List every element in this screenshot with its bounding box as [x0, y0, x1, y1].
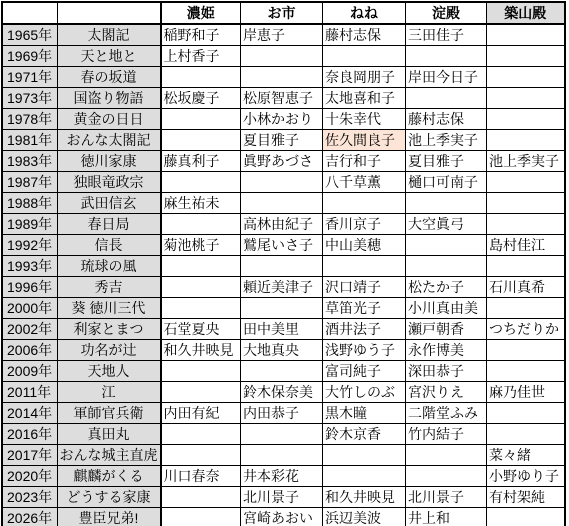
- actress-cell: 沢口靖子: [323, 277, 406, 298]
- actress-cell: [161, 487, 241, 508]
- actress-cell: 鈴木保奈美: [241, 382, 323, 403]
- actress-cell: [323, 193, 406, 214]
- year-cell: 1981年: [2, 130, 57, 151]
- actress-cell: 有村架純: [487, 487, 565, 508]
- table-row: 1992年信長菊池桃子鷲尾いさ子中山美穂島村佳江: [2, 235, 565, 256]
- actress-cell: [487, 130, 565, 151]
- table-row: 1981年おんな太閤記夏目雅子佐久間良子池上季実子: [2, 130, 565, 151]
- actress-cell: [487, 361, 565, 382]
- title-cell: 春日局: [57, 214, 161, 235]
- table-row: 1971年春の坂道奈良岡朋子岸田今日子: [2, 67, 565, 88]
- actress-cell: [406, 88, 487, 109]
- actress-cell: [161, 445, 241, 466]
- actress-cell: 和久井映見: [161, 340, 241, 361]
- actress-cell: 井上和: [406, 508, 487, 526]
- table-row: 2020年麒麟がくる川口春奈井本彩花小野ゆり子: [2, 466, 565, 487]
- table-row: 1988年武田信玄麻生祐未: [2, 193, 565, 214]
- title-cell: 徳川家康: [57, 151, 161, 172]
- actress-cell: 池上季実子: [487, 151, 565, 172]
- actress-cell: 菊池桃子: [161, 235, 241, 256]
- actress-cell: [241, 424, 323, 445]
- actress-cell: [487, 109, 565, 130]
- table-row: 2026年豊臣兄弟!宮崎あおい浜辺美波井上和: [2, 508, 565, 526]
- table-row: 1987年独眼竜政宗八千草薫樋口可南子: [2, 172, 565, 193]
- actress-cell: 瀬戸朝香: [406, 319, 487, 340]
- actress-cell: 永作博美: [406, 340, 487, 361]
- actress-cell: 八千草薫: [323, 172, 406, 193]
- title-cell: おんな城主直虎: [57, 445, 161, 466]
- title-cell: 太閤記: [57, 24, 161, 46]
- actress-cell: [323, 445, 406, 466]
- title-cell: おんな太閤記: [57, 130, 161, 151]
- title-cell: 秀吉: [57, 277, 161, 298]
- actress-cell: [161, 214, 241, 235]
- table-body: 1965年太閤記稲野和子岸恵子藤村志保三田佳子1969年天と地と上村香子1971…: [2, 24, 565, 526]
- year-cell: 1993年: [2, 256, 57, 277]
- actress-cell: [406, 193, 487, 214]
- actress-cell: 川口春奈: [161, 466, 241, 487]
- actress-cell: [241, 172, 323, 193]
- year-cell: 2009年: [2, 361, 57, 382]
- actress-cell: 菜々緒: [487, 445, 565, 466]
- actress-cell: [161, 109, 241, 130]
- year-cell: 1965年: [2, 24, 57, 46]
- actress-cell: 島村佳江: [487, 235, 565, 256]
- actress-cell: 松原智恵子: [241, 88, 323, 109]
- column-header-nohime: 濃姫: [161, 2, 241, 24]
- actress-cell: 浅野ゆう子: [323, 340, 406, 361]
- taiga-actress-table: 濃姫 お市 ねね 淀殿 築山殿 1965年太閤記稲野和子岸恵子藤村志保三田佳子1…: [1, 1, 566, 526]
- actress-cell: [161, 67, 241, 88]
- actress-cell: [161, 130, 241, 151]
- year-cell: 1989年: [2, 214, 57, 235]
- actress-cell: 頼近美津子: [241, 277, 323, 298]
- year-cell: 1988年: [2, 193, 57, 214]
- actress-cell: 草笛光子: [323, 298, 406, 319]
- title-cell: 功名が辻: [57, 340, 161, 361]
- year-cell: 2023年: [2, 487, 57, 508]
- actress-cell: 麻生祐未: [161, 193, 241, 214]
- year-cell: 1969年: [2, 46, 57, 67]
- title-cell: 利家とまつ: [57, 319, 161, 340]
- actress-cell: 内田恭子: [241, 403, 323, 424]
- actress-cell: [241, 193, 323, 214]
- actress-cell: 藤村志保: [323, 24, 406, 46]
- year-cell: 2016年: [2, 424, 57, 445]
- actress-cell: 佐久間良子: [323, 130, 406, 151]
- year-cell: 2026年: [2, 508, 57, 526]
- actress-cell: [406, 46, 487, 67]
- table-row: 1978年黄金の日日小林かおり十朱幸代藤村志保: [2, 109, 565, 130]
- actress-cell: 松たか子: [406, 277, 487, 298]
- table-row: 1973年国盗り物語松坂慶子松原智恵子太地喜和子: [2, 88, 565, 109]
- actress-cell: 宮崎あおい: [241, 508, 323, 526]
- actress-cell: 夏目雅子: [406, 151, 487, 172]
- actress-cell: [487, 403, 565, 424]
- title-cell: 軍師官兵衛: [57, 403, 161, 424]
- actress-cell: 大竹しのぶ: [323, 382, 406, 403]
- actress-cell: 内田有紀: [161, 403, 241, 424]
- actress-cell: [487, 424, 565, 445]
- table-row: 1969年天と地と上村香子: [2, 46, 565, 67]
- year-cell: 2014年: [2, 403, 57, 424]
- table-row: 2006年功名が辻和久井映見大地真央浅野ゆう子永作博美: [2, 340, 565, 361]
- table-row: 2017年おんな城主直虎菜々緒: [2, 445, 565, 466]
- actress-cell: 井本彩花: [241, 466, 323, 487]
- actress-cell: [161, 382, 241, 403]
- year-cell: 1983年: [2, 151, 57, 172]
- actress-cell: [487, 24, 565, 46]
- actress-cell: 大地真央: [241, 340, 323, 361]
- actress-cell: 高林由紀子: [241, 214, 323, 235]
- title-cell: 葵 徳川三代: [57, 298, 161, 319]
- column-header-yodo: 淀殿: [406, 2, 487, 24]
- actress-cell: [487, 46, 565, 67]
- table-row: 1996年秀吉頼近美津子沢口靖子松たか子石川真希: [2, 277, 565, 298]
- year-cell: 1978年: [2, 109, 57, 130]
- actress-cell: [241, 445, 323, 466]
- actress-cell: 石堂夏央: [161, 319, 241, 340]
- actress-cell: [323, 46, 406, 67]
- year-cell: 2000年: [2, 298, 57, 319]
- actress-cell: 北川景子: [241, 487, 323, 508]
- actress-cell: [161, 508, 241, 526]
- actress-cell: [406, 235, 487, 256]
- actress-cell: 二階堂ふみ: [406, 403, 487, 424]
- actress-cell: [487, 88, 565, 109]
- actress-cell: [161, 424, 241, 445]
- actress-cell: 藤真利子: [161, 151, 241, 172]
- actress-cell: 大空眞弓: [406, 214, 487, 235]
- actress-cell: [161, 298, 241, 319]
- actress-cell: [241, 67, 323, 88]
- actress-cell: 小野ゆり子: [487, 466, 565, 487]
- actress-cell: 竹内結子: [406, 424, 487, 445]
- title-cell: 琉球の風: [57, 256, 161, 277]
- table-row: 1983年徳川家康藤真利子眞野あづさ吉行和子夏目雅子池上季実子: [2, 151, 565, 172]
- actress-cell: 三田佳子: [406, 24, 487, 46]
- actress-cell: 深田恭子: [406, 361, 487, 382]
- actress-cell: [487, 193, 565, 214]
- column-header-nene: ねね: [323, 2, 406, 24]
- actress-cell: [161, 172, 241, 193]
- year-cell: 2006年: [2, 340, 57, 361]
- table-row: 2014年軍師官兵衛内田有紀内田恭子黒木瞳二階堂ふみ: [2, 403, 565, 424]
- actress-cell: [161, 361, 241, 382]
- title-cell: 国盗り物語: [57, 88, 161, 109]
- actress-cell: 北川景子: [406, 487, 487, 508]
- actress-cell: つちだりか: [487, 319, 565, 340]
- actress-cell: 眞野あづさ: [241, 151, 323, 172]
- title-cell: 独眼竜政宗: [57, 172, 161, 193]
- title-cell: 真田丸: [57, 424, 161, 445]
- actress-cell: [323, 466, 406, 487]
- actress-cell: 奈良岡朋子: [323, 67, 406, 88]
- year-cell: 2002年: [2, 319, 57, 340]
- year-cell: 1996年: [2, 277, 57, 298]
- actress-cell: [487, 256, 565, 277]
- title-cell: 天と地と: [57, 46, 161, 67]
- actress-cell: 夏目雅子: [241, 130, 323, 151]
- actress-cell: [487, 298, 565, 319]
- actress-cell: [487, 172, 565, 193]
- actress-cell: 和久井映見: [323, 487, 406, 508]
- actress-cell: 宮沢りえ: [406, 382, 487, 403]
- table-row: 2011年江鈴木保奈美大竹しのぶ宮沢りえ麻乃佳世: [2, 382, 565, 403]
- actress-cell: 鷲尾いさ子: [241, 235, 323, 256]
- actress-cell: 松坂慶子: [161, 88, 241, 109]
- actress-cell: [241, 298, 323, 319]
- title-cell: どうする家康: [57, 487, 161, 508]
- table-row: 2000年葵 徳川三代草笛光子小川真由美: [2, 298, 565, 319]
- actress-cell: 藤村志保: [406, 109, 487, 130]
- table-row: 1993年琉球の風: [2, 256, 565, 277]
- table-row: 2009年天地人富司純子深田恭子: [2, 361, 565, 382]
- actress-cell: [406, 466, 487, 487]
- title-cell: 信長: [57, 235, 161, 256]
- table-row: 1965年太閤記稲野和子岸恵子藤村志保三田佳子: [2, 24, 565, 46]
- actress-cell: 黒木瞳: [323, 403, 406, 424]
- actress-cell: [487, 508, 565, 526]
- actress-cell: 十朱幸代: [323, 109, 406, 130]
- year-cell: 1987年: [2, 172, 57, 193]
- year-cell: 1992年: [2, 235, 57, 256]
- year-cell: 2017年: [2, 445, 57, 466]
- table-row: 2016年真田丸鈴木京香竹内結子: [2, 424, 565, 445]
- actress-cell: [241, 256, 323, 277]
- actress-cell: 鈴木京香: [323, 424, 406, 445]
- actress-cell: 樋口可南子: [406, 172, 487, 193]
- table-row: 2002年利家とまつ石堂夏央田中美里酒井法子瀬戸朝香つちだりか: [2, 319, 565, 340]
- actress-cell: 浜辺美波: [323, 508, 406, 526]
- year-cell: 1971年: [2, 67, 57, 88]
- actress-cell: 麻乃佳世: [487, 382, 565, 403]
- actress-cell: 富司純子: [323, 361, 406, 382]
- year-cell: 2011年: [2, 382, 57, 403]
- actress-cell: 太地喜和子: [323, 88, 406, 109]
- actress-cell: [487, 340, 565, 361]
- actress-cell: [406, 445, 487, 466]
- title-cell: 江: [57, 382, 161, 403]
- actress-cell: 酒井法子: [323, 319, 406, 340]
- title-cell: 黄金の日日: [57, 109, 161, 130]
- actress-cell: 稲野和子: [161, 24, 241, 46]
- actress-cell: 池上季実子: [406, 130, 487, 151]
- table-row: 2023年どうする家康北川景子和久井映見北川景子有村架純: [2, 487, 565, 508]
- actress-cell: 中山美穂: [323, 235, 406, 256]
- actress-cell: 小川真由美: [406, 298, 487, 319]
- title-cell: 豊臣兄弟!: [57, 508, 161, 526]
- actress-cell: [487, 214, 565, 235]
- header-empty-title-cell: [57, 2, 161, 24]
- header-row: 濃姫 お市 ねね 淀殿 築山殿: [2, 2, 565, 24]
- actress-cell: 岸田今日子: [406, 67, 487, 88]
- actress-cell: 上村香子: [161, 46, 241, 67]
- actress-cell: 田中美里: [241, 319, 323, 340]
- actress-cell: [406, 256, 487, 277]
- year-cell: 1973年: [2, 88, 57, 109]
- actress-cell: [487, 67, 565, 88]
- actress-cell: [241, 46, 323, 67]
- column-header-tsukiyama: 築山殿: [487, 2, 565, 24]
- header-empty-year-cell: [2, 2, 57, 24]
- title-cell: 武田信玄: [57, 193, 161, 214]
- title-cell: 天地人: [57, 361, 161, 382]
- actress-cell: 吉行和子: [323, 151, 406, 172]
- actress-cell: 小林かおり: [241, 109, 323, 130]
- actress-cell: [323, 256, 406, 277]
- title-cell: 春の坂道: [57, 67, 161, 88]
- title-cell: 麒麟がくる: [57, 466, 161, 487]
- year-cell: 2020年: [2, 466, 57, 487]
- actress-cell: [161, 277, 241, 298]
- actress-cell: 石川真希: [487, 277, 565, 298]
- column-header-oichi: お市: [241, 2, 323, 24]
- table-row: 1989年春日局高林由紀子香川京子大空眞弓: [2, 214, 565, 235]
- actress-cell: 岸恵子: [241, 24, 323, 46]
- actress-cell: 香川京子: [323, 214, 406, 235]
- actress-cell: [161, 256, 241, 277]
- actress-cell: [241, 361, 323, 382]
